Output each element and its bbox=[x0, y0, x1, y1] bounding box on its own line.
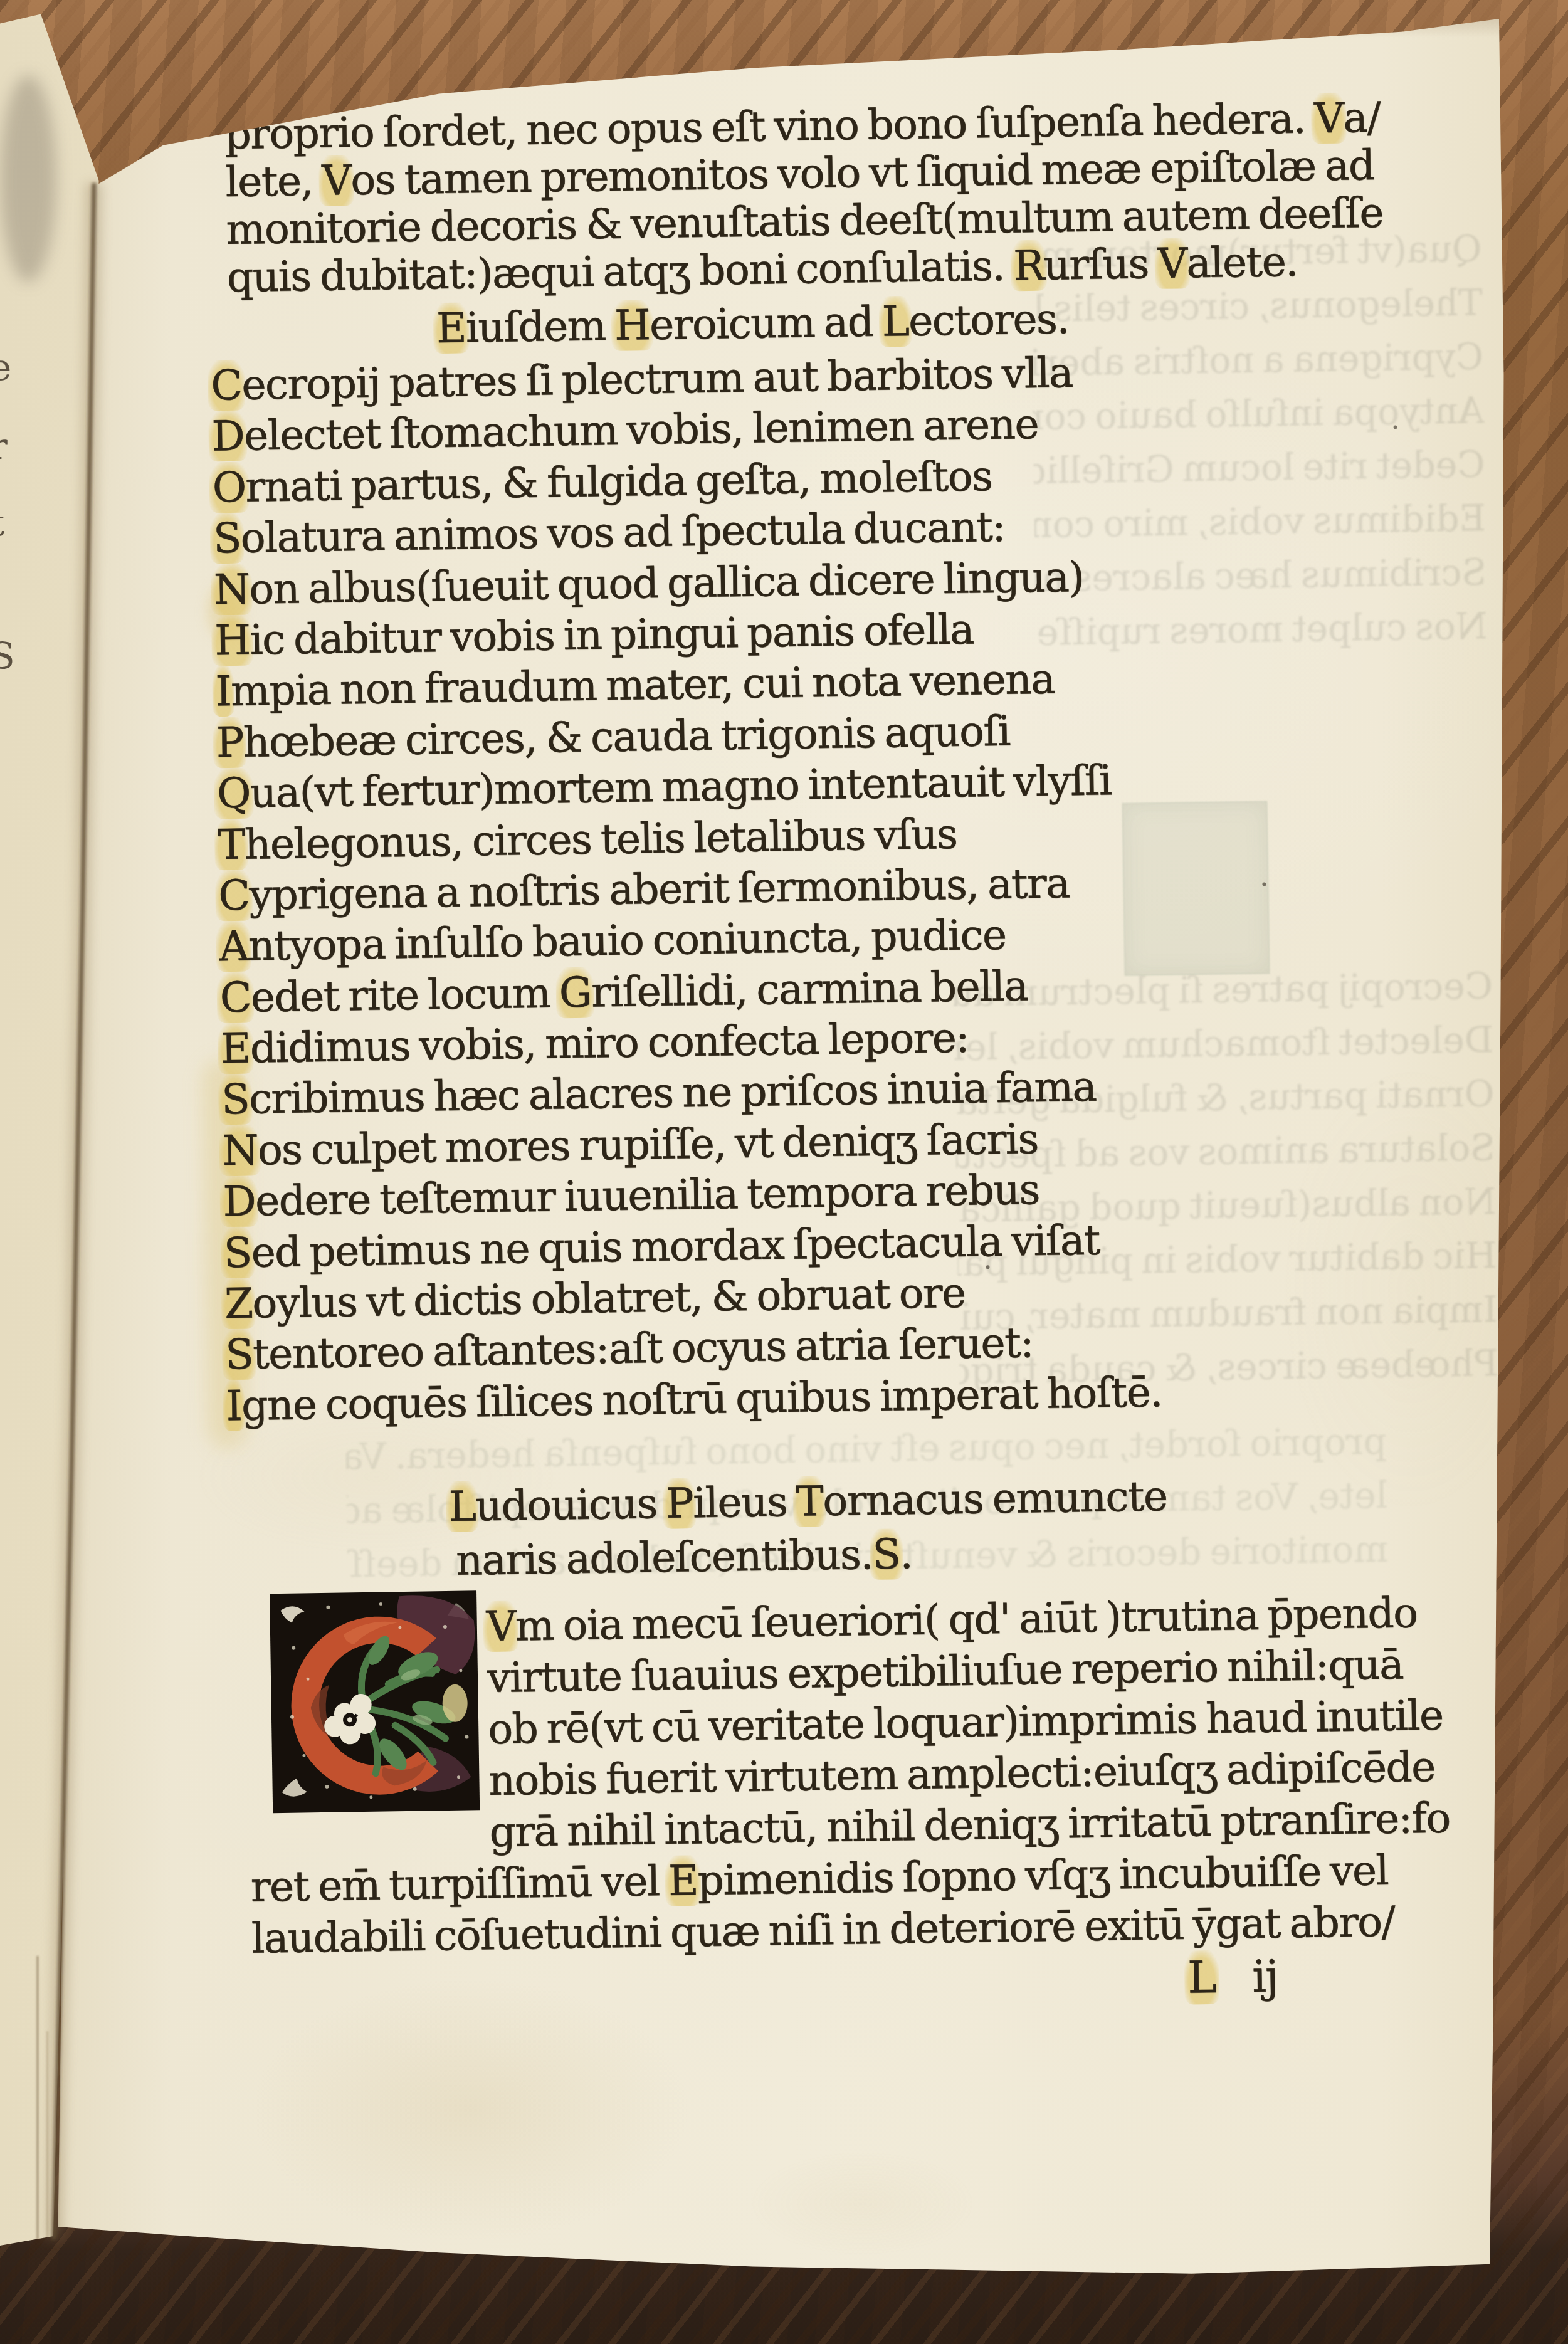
cutoff-letter-fragment: e bbox=[0, 346, 11, 389]
heading-line: Eiuſdem Heroicum ad Lectores. bbox=[436, 295, 1070, 354]
heroic-poem-block: Cecropij patres ſi plectrum aut barbitos… bbox=[211, 347, 1162, 1432]
text-line: Thelegonus, circes telis letalibus vſus bbox=[1031, 281, 1483, 342]
dust-speck bbox=[1262, 883, 1266, 886]
photo-of-incunabulum-page: ertS Qua(vt fertur)mortem magno intentau… bbox=[0, 0, 1568, 2344]
cutoff-letter-fragment: S bbox=[0, 634, 15, 677]
signature-mark: Lij bbox=[1187, 1950, 1278, 2003]
address-line: naris adoleſcentibus.S. bbox=[456, 1526, 1169, 1590]
signature-letter: L bbox=[1184, 1950, 1219, 2005]
book-page: Qua(vt fertur)mortem magno intentauit vl… bbox=[0, 0, 1568, 2344]
signature-number: ij bbox=[1252, 1950, 1278, 2002]
address-line: Ludouicus Pileus Tornacus emuncte bbox=[448, 1472, 1167, 1537]
dust-speck bbox=[986, 1265, 989, 1269]
address-salutation-block: Ludouicus Pileus Tornacus emunctenaris a… bbox=[448, 1472, 1168, 1590]
heroicum-heading: Eiuſdem Heroicum ad Lectores. bbox=[436, 295, 1070, 354]
cutoff-letter-fragment: t bbox=[0, 502, 4, 544]
dust-speck bbox=[1394, 425, 1397, 429]
prose-epistle-block: proprio ſordet, nec opus eſt vino bono ſ… bbox=[224, 93, 1384, 301]
cutoff-letter-fragment: r bbox=[0, 425, 8, 468]
leaf-edge-line bbox=[46, 2031, 48, 2251]
leaf-edge-line bbox=[36, 1956, 39, 2251]
prose-paragraph-block: Vm oia mecū ſeueriori( qd' aiūt )trutina… bbox=[246, 1588, 1451, 1965]
text-layer: Qua(vt fertur)mortem magno intentauit vl… bbox=[0, 0, 1568, 2344]
ink-smudge bbox=[0, 75, 56, 282]
